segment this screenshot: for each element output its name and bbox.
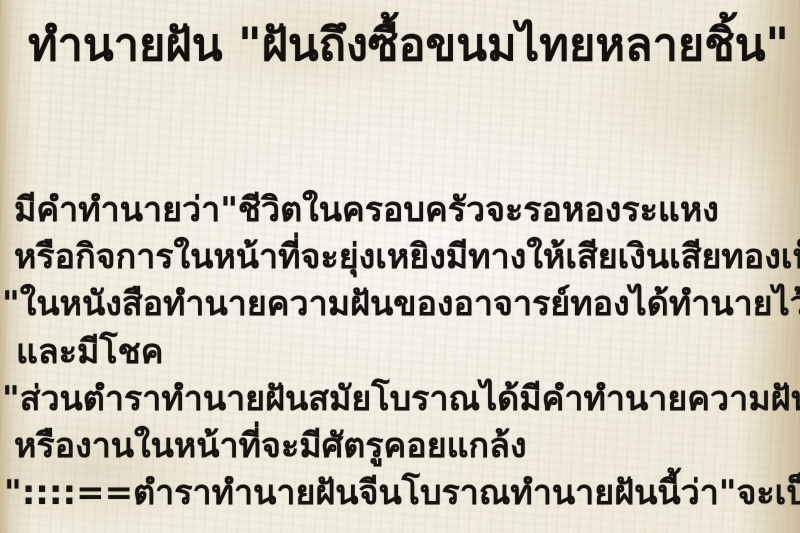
article-line: และมีโชค — [16, 328, 164, 376]
article-line: หรือกิจการในหน้าที่จะยุ่งเหยิงมีทางให้เส… — [14, 233, 800, 281]
article-line: "ส่วนตำราทำนายฝันสมัยโบราณได้มีคำทำนายคว… — [2, 375, 800, 423]
article-line: "ในหนังสือทำนายความฝันของอาจารย์ทองได้ทำ… — [2, 280, 800, 328]
article-line: "::::==ตำราทำนายฝันจีนโบราณทำนายฝันนี้ว่… — [4, 469, 800, 517]
article-line: มีคำทำนายว่า"ชีวิตในครอบครัวจะรอหองระแหง — [14, 186, 719, 234]
dream-interpretation-page: ทำนายฝัน "ฝันถึงซื้อขนมไทยหลายชิ้น" มีคำ… — [0, 0, 800, 533]
page-title: ทำนายฝัน "ฝันถึงซื้อขนมไทยหลายชิ้น" — [28, 14, 789, 76]
article-line: หรืองานในหน้าที่จะมีศัตรูคอยแกล้ง — [14, 422, 527, 470]
